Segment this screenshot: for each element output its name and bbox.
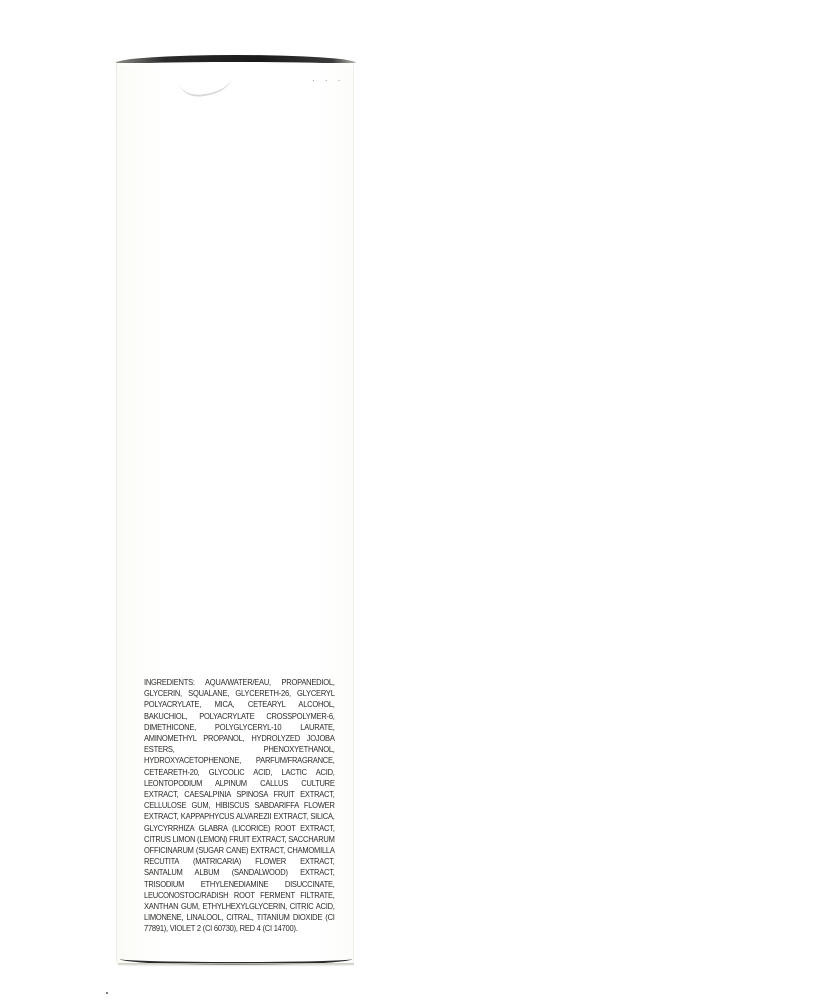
- ingredients-label: INGREDIENTS:: [144, 678, 195, 687]
- box-bottom-shadow: [118, 963, 354, 967]
- ingredients-list: AQUA/WATER/EAU, PROPANEDIOL, GLYCERIN, S…: [144, 678, 335, 933]
- ingredients-block: INGREDIENTS: AQUA/WATER/EAU, PROPANEDIOL…: [144, 677, 335, 935]
- box-top-edge: [116, 55, 356, 63]
- dust-specks: · · ·: [312, 76, 344, 85]
- dust-speck: [106, 992, 108, 994]
